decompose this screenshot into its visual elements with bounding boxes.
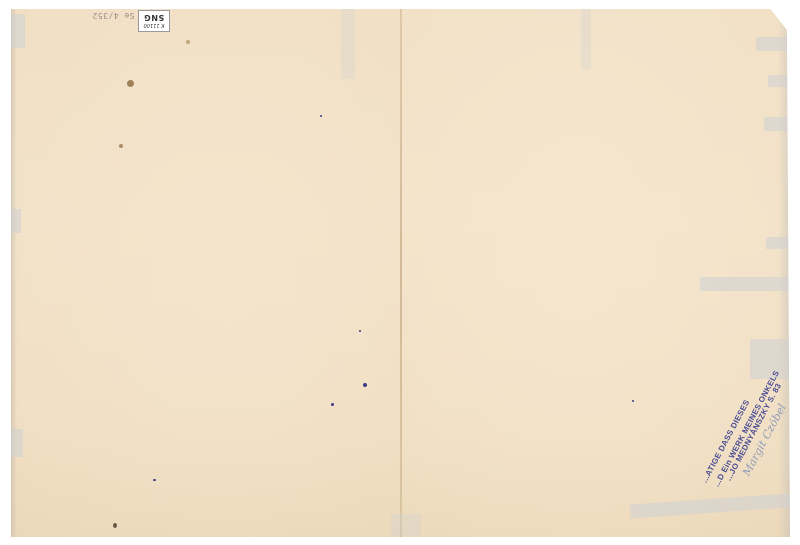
tape-residue [581,9,591,69]
foxing-spot [186,40,190,44]
tape-residue [11,209,21,233]
tape-residue [768,75,790,87]
authentication-stamp: ...ATIGE DASS DIESES ...D Ein WERK MEINE… [700,352,800,492]
foxing-spot [113,523,117,528]
tape-residue [756,37,790,51]
foxing-spot [119,144,123,148]
ink-dot [331,403,334,406]
tape-residue [391,514,421,536]
tape-residue [764,117,790,131]
ink-dot [320,115,322,117]
tape-residue [341,9,355,79]
foxing-spot [127,80,134,87]
center-fold [400,9,402,537]
ink-dot [153,479,156,481]
tape-residue [11,429,23,457]
ink-dot [363,383,367,387]
inventory-code: K 11100 [144,23,165,29]
tape-residue [11,14,25,48]
left-edge [11,9,17,537]
tape-residue [700,277,790,291]
handwritten-inventory-number: Se 4/352 [92,11,135,20]
left-half [11,9,400,537]
paper-sheet [11,9,790,537]
ink-dot [359,330,361,332]
sng-collection-stamp: K 11100 SNG [138,10,170,32]
tape-residue [766,237,790,249]
ink-dot [632,400,634,402]
institution-name: SNG [144,14,165,23]
